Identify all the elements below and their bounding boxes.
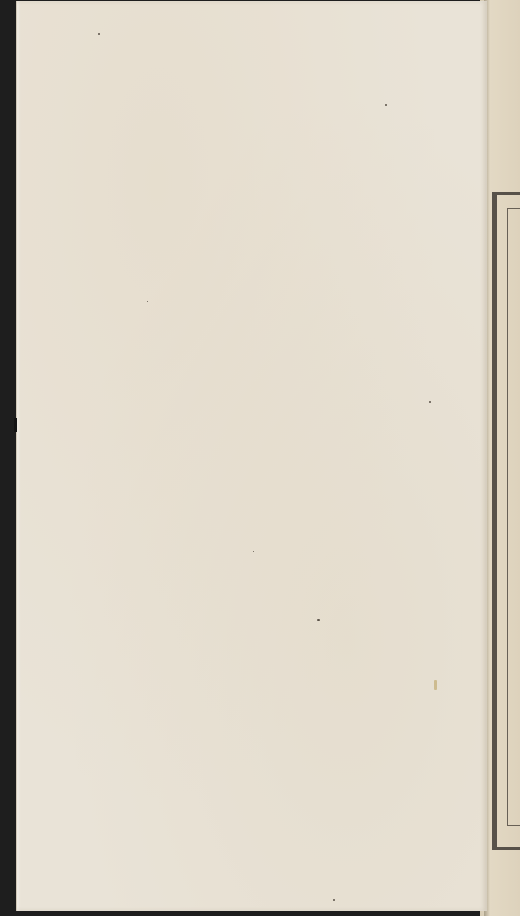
blank-page [16, 1, 487, 911]
paper-speck [429, 401, 431, 403]
paper-speck [98, 33, 100, 35]
paper-speck [317, 619, 320, 621]
paper-speck [333, 899, 335, 901]
paper-speck [385, 104, 387, 106]
paper-speck [253, 551, 254, 552]
page-edge-nick [14, 418, 17, 432]
paper-speck [147, 301, 148, 302]
paper-stain [434, 680, 437, 690]
scan-view [0, 0, 520, 916]
inner-border-rule [507, 208, 520, 826]
